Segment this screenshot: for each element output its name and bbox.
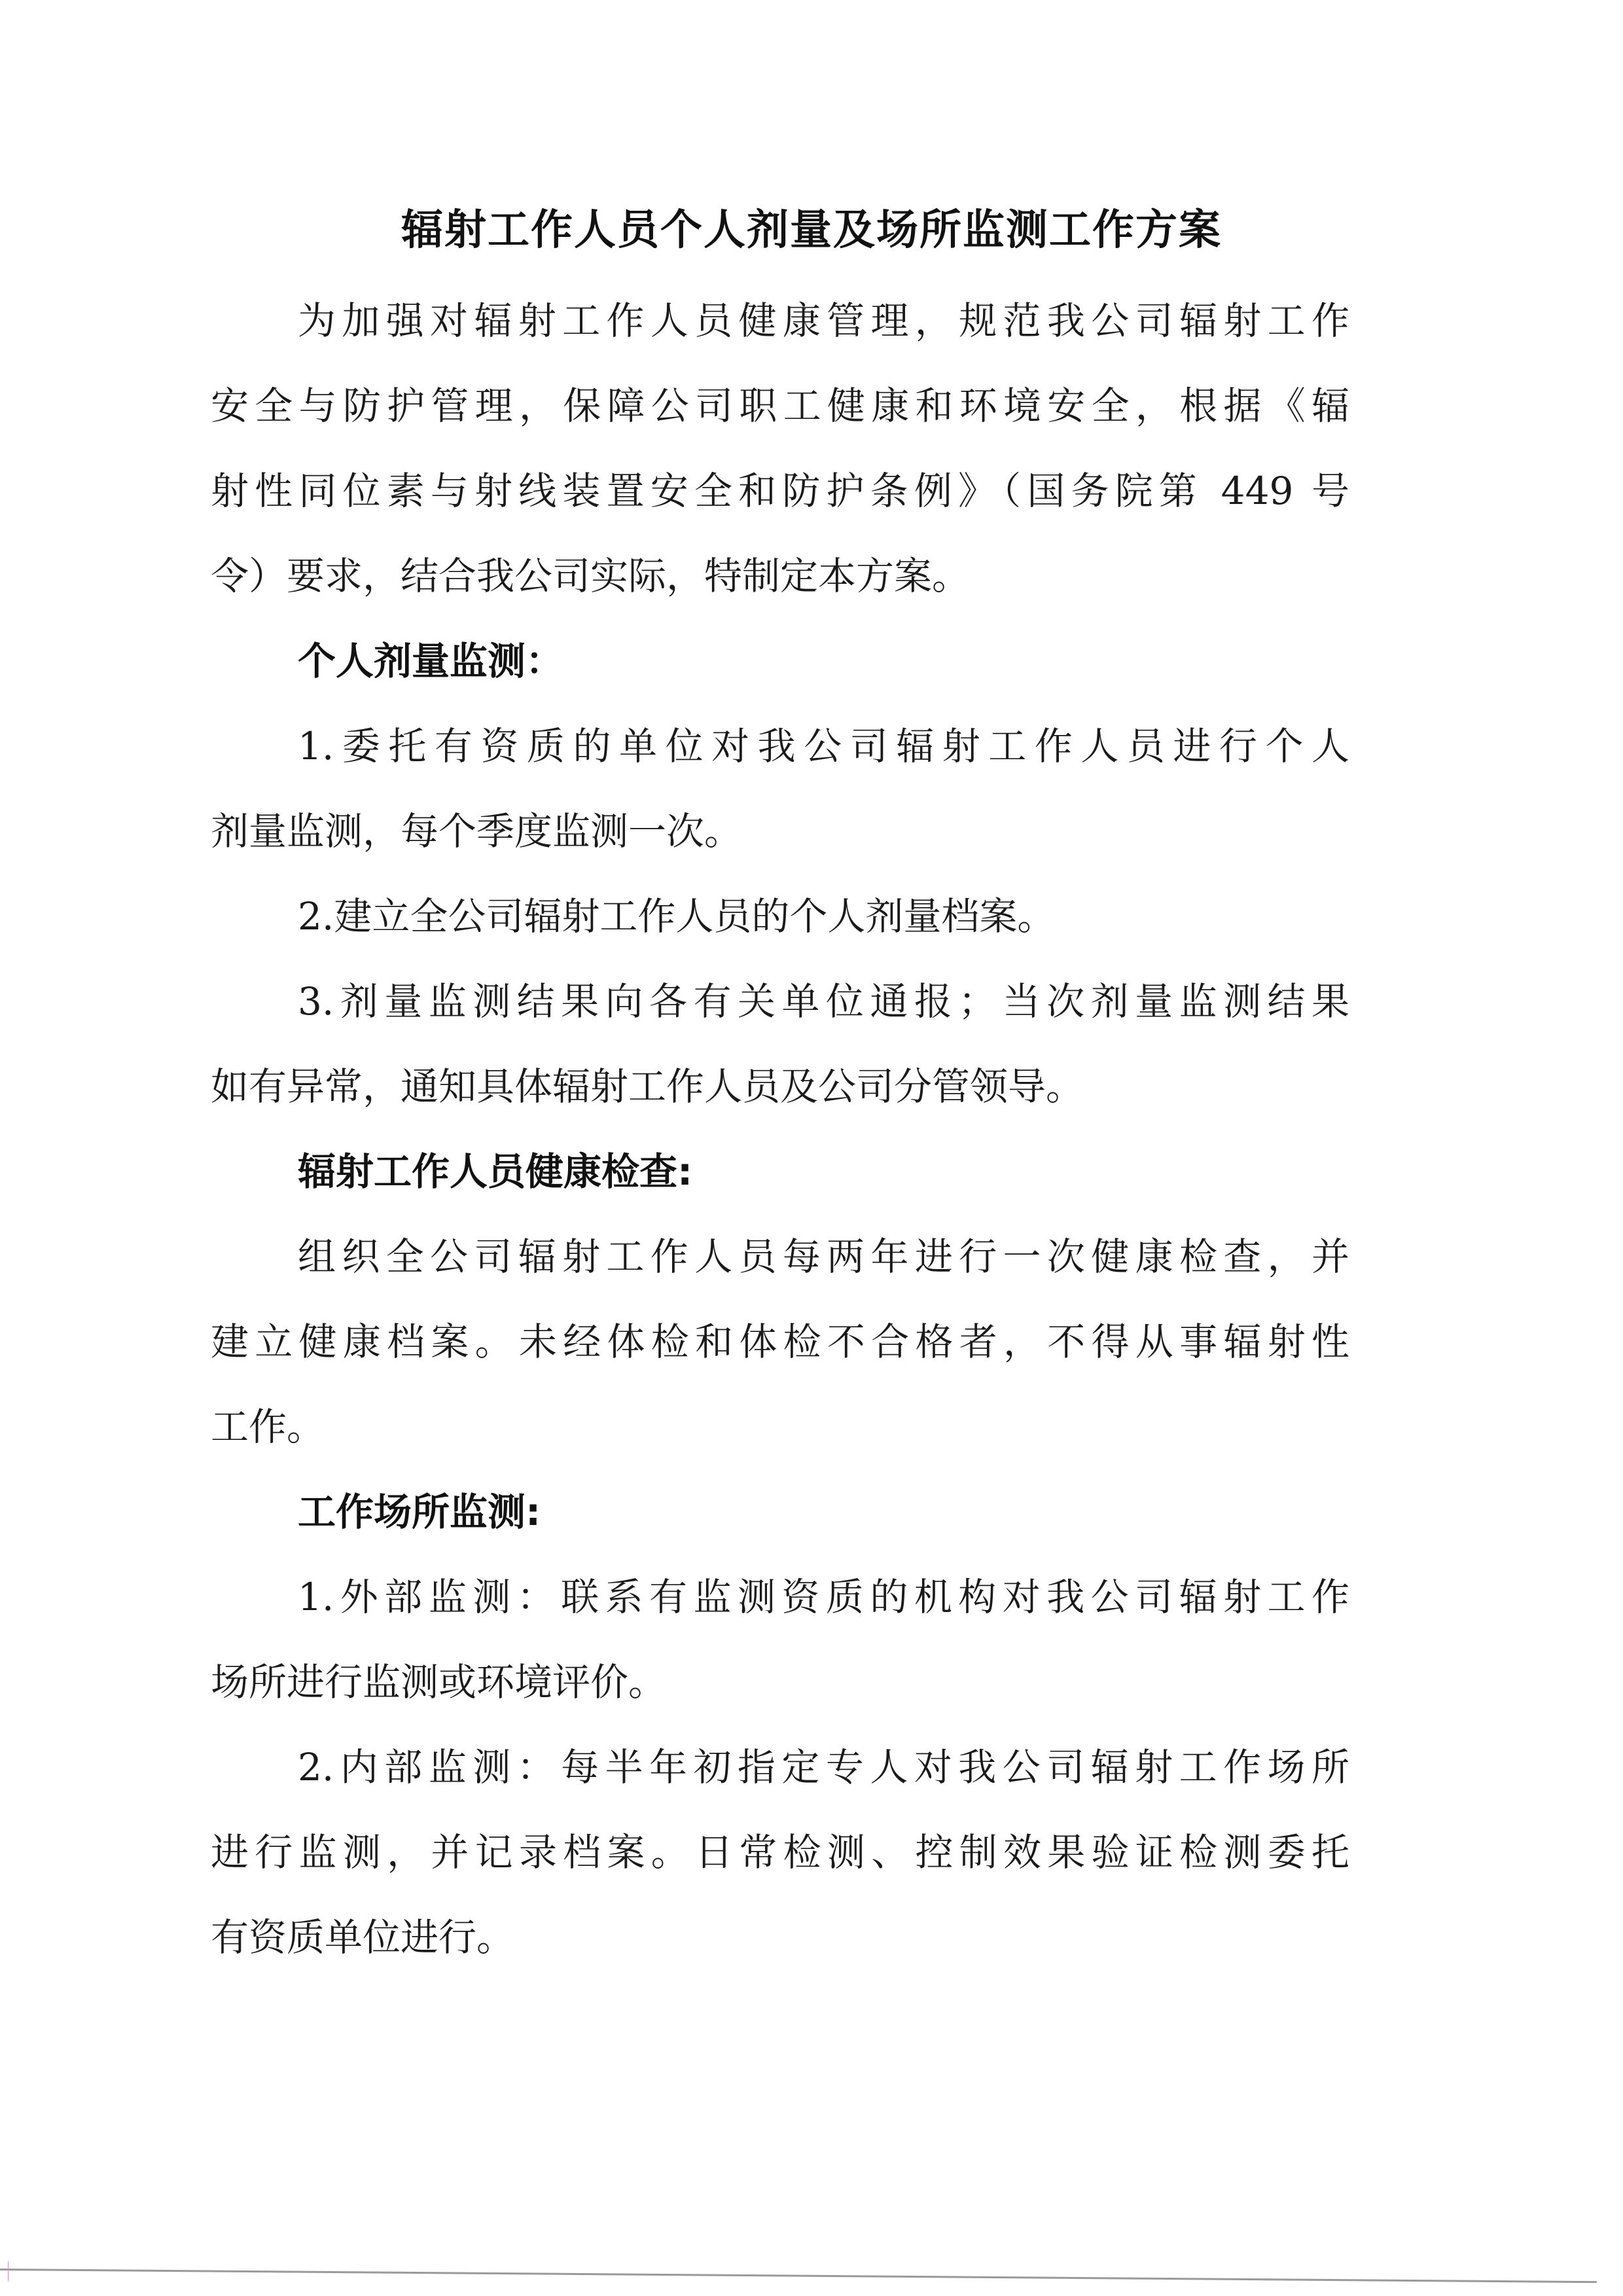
intro-line-3: 射性同位素与射线装置安全和防护条例》（国务院第 449 号 (211, 465, 1349, 517)
section-heading-workplace-monitoring: 工作场所监测: (298, 1486, 1349, 1538)
section-3-item-1-line-2: 场所进行监测或环境评价。 (211, 1656, 1349, 1708)
document-page: 辐射工作人员个人剂量及场所监测工作方案 为加强对辐射工作人员健康管理，规范我公司… (0, 0, 1623, 2296)
section-3-item-2-line-1: 2.内部监测：每半年初指定专人对我公司辐射工作场所 (298, 1741, 1349, 1793)
document-title: 辐射工作人员个人剂量及场所监测工作方案 (0, 196, 1623, 257)
section-1-item-3-line-2: 如有异常，通知具体辐射工作人员及公司分管领导。 (211, 1060, 1349, 1113)
intro-line-1: 为加强对辐射工作人员健康管理，规范我公司辐射工作 (298, 295, 1349, 347)
section-3-item-2-line-2: 进行监测，并记录档案。日常检测、控制效果验证检测委托 (211, 1826, 1349, 1878)
section-heading-personal-dose: 个人剂量监测： (298, 635, 1349, 687)
section-3-item-2-line-3: 有资质单位进行。 (211, 1911, 1349, 1964)
section-3-item-1-line-1: 1.外部监测：联系有监测资质的机构对我公司辐射工作 (298, 1571, 1349, 1623)
section-heading-health-check: 辐射工作人员健康检查: (298, 1145, 1349, 1198)
intro-line-4: 令）要求，结合我公司实际，特制定本方案。 (211, 550, 1349, 602)
intro-line-2: 安全与防护管理，保障公司职工健康和环境安全，根据《辐 (211, 380, 1349, 432)
section-2-item-1-line-3: 工作。 (211, 1401, 1349, 1453)
section-2-item-1-line-2: 建立健康档案。未经体检和体检不合格者，不得从事辐射性 (211, 1316, 1349, 1368)
scan-tick-mark (8, 2261, 9, 2281)
section-1-item-3-line-1: 3.剂量监测结果向各有关单位通报；当次剂量监测结果 (298, 975, 1349, 1028)
section-1-item-1-line-1: 1.委托有资质的单位对我公司辐射工作人员进行个人 (298, 720, 1349, 772)
section-2-item-1-line-1: 组织全公司辐射工作人员每两年进行一次健康检查，并 (298, 1230, 1349, 1283)
section-1-item-1-line-2: 剂量监测，每个季度监测一次。 (211, 805, 1349, 857)
scan-edge-line (0, 2269, 1597, 2283)
section-1-item-2-line-1: 2.建立全公司辐射工作人员的个人剂量档案。 (298, 890, 1349, 942)
